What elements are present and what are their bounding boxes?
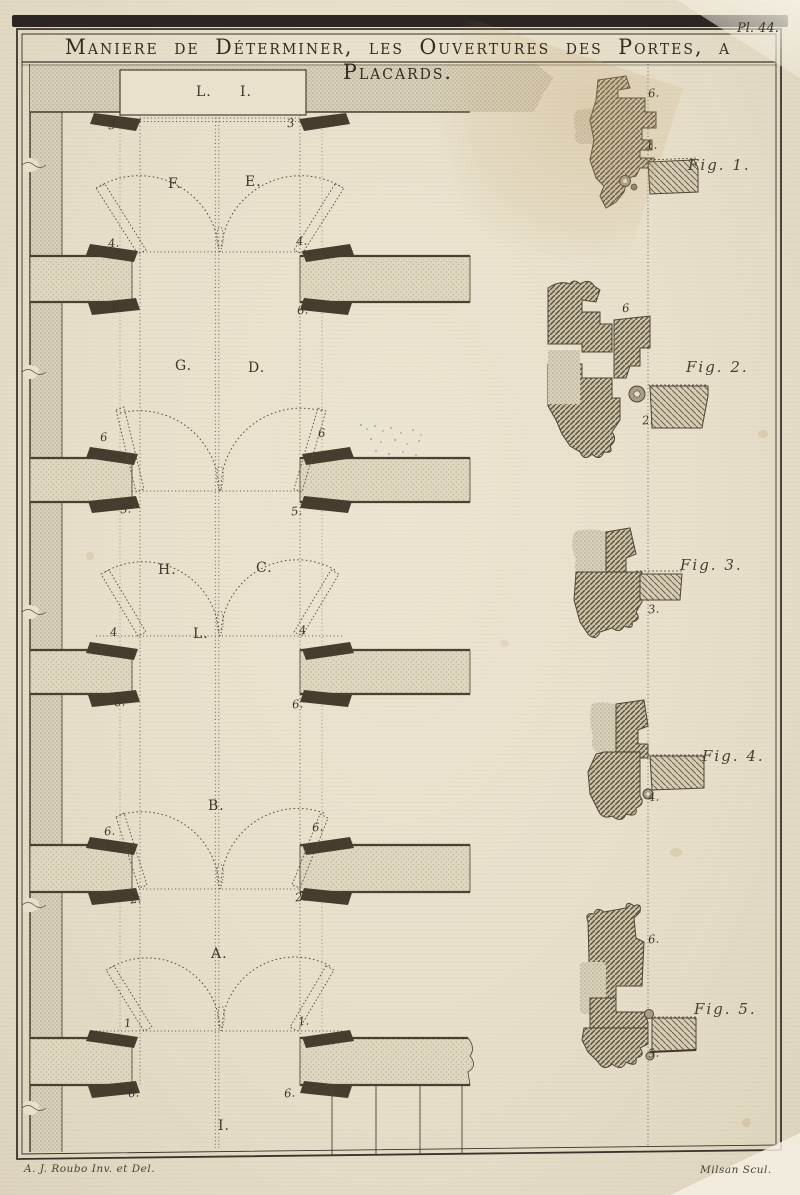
fig-2-caption: Fig. 2.	[686, 358, 749, 376]
plate-engraving	[0, 0, 800, 1195]
plan-number: 6.	[283, 1085, 295, 1100]
plan-number: 4.	[295, 233, 307, 248]
plan-number: 3	[107, 118, 116, 133]
fig-1-caption: Fig. 1.	[688, 156, 751, 174]
plan-letter-B: B.	[208, 798, 225, 814]
arc-meeting-lens	[217, 226, 225, 1031]
plan-number: 6.	[311, 819, 323, 834]
fig-3-caption: Fig. 3.	[680, 556, 743, 574]
floor-board-joints	[332, 1086, 462, 1155]
plate-top-edge	[12, 15, 788, 27]
credit-engraver: Milsan Scul.	[700, 1164, 772, 1176]
fig-2-mark: 2.	[641, 412, 653, 427]
plan-number: 1.	[297, 1013, 309, 1028]
plan-letter-H: H.	[158, 562, 177, 578]
plan-letter-C: C.	[256, 560, 273, 576]
fig-5-section	[580, 903, 698, 1067]
plan-letter-L-mid: L.	[193, 626, 209, 642]
fig-1-mark: 6.	[647, 85, 659, 100]
plan-number: 4	[298, 623, 307, 638]
blue-collection-stamp	[360, 424, 438, 464]
plan-letter-I-bottom: I.	[218, 1118, 230, 1134]
plan-number: 1	[123, 1016, 132, 1031]
construction-lines	[96, 64, 648, 1148]
plan-number: 6.	[113, 694, 125, 709]
plan-number: 5.	[119, 501, 131, 516]
plan-letter-E: E.	[245, 174, 262, 190]
plan-letter-A: A.	[211, 946, 228, 962]
fig-1-mark: 1.	[645, 137, 657, 152]
fig-4-caption: Fig. 4.	[702, 747, 765, 765]
plan-number: 6.	[291, 696, 303, 711]
fig-3-section	[572, 528, 684, 638]
plan-number: 2.	[129, 891, 141, 906]
fig-1-section	[574, 76, 698, 208]
plan-number: 6	[317, 426, 326, 441]
plan-letter-L-top: L.	[196, 84, 212, 100]
credit-designer: A. J. Roubo Inv. et Del.	[24, 1163, 155, 1175]
engraved-plate-page: Maniere de Déterminer, les Ouvertures de…	[0, 0, 800, 1195]
partition-walls	[30, 256, 474, 1085]
fig-4-section	[588, 700, 704, 820]
plan-letter-I-top: I.	[240, 84, 252, 100]
fig-4-mark: 4.	[647, 789, 659, 804]
plan-letter-D: D.	[248, 360, 265, 376]
plan-number: 4	[109, 625, 118, 640]
plan-number: 3	[286, 116, 295, 131]
plate-number: Pl. 44.	[737, 21, 779, 36]
fig-5-mark: 5.	[647, 1045, 659, 1060]
plan-number: 6	[99, 430, 108, 445]
plan-number: 6.	[111, 300, 123, 315]
plan-number: 4.	[107, 235, 119, 250]
plan-number: 6.	[103, 823, 115, 838]
plan-number: 5.	[290, 503, 302, 518]
plan-number: 2.	[294, 889, 306, 904]
fig-5-caption: Fig. 5.	[694, 1000, 757, 1018]
fig-2-mark: 6	[621, 301, 630, 316]
fig-3-mark: 3.	[647, 601, 659, 616]
plan-number: 6.	[296, 302, 308, 317]
plan-letter-G: G.	[175, 358, 192, 374]
plan-number: 6.	[127, 1085, 139, 1100]
plan-letter-F: F.	[168, 176, 182, 192]
fig-5-mark: 6.	[647, 931, 659, 946]
plate-title: Maniere de Déterminer, les Ouvertures de…	[30, 34, 766, 84]
